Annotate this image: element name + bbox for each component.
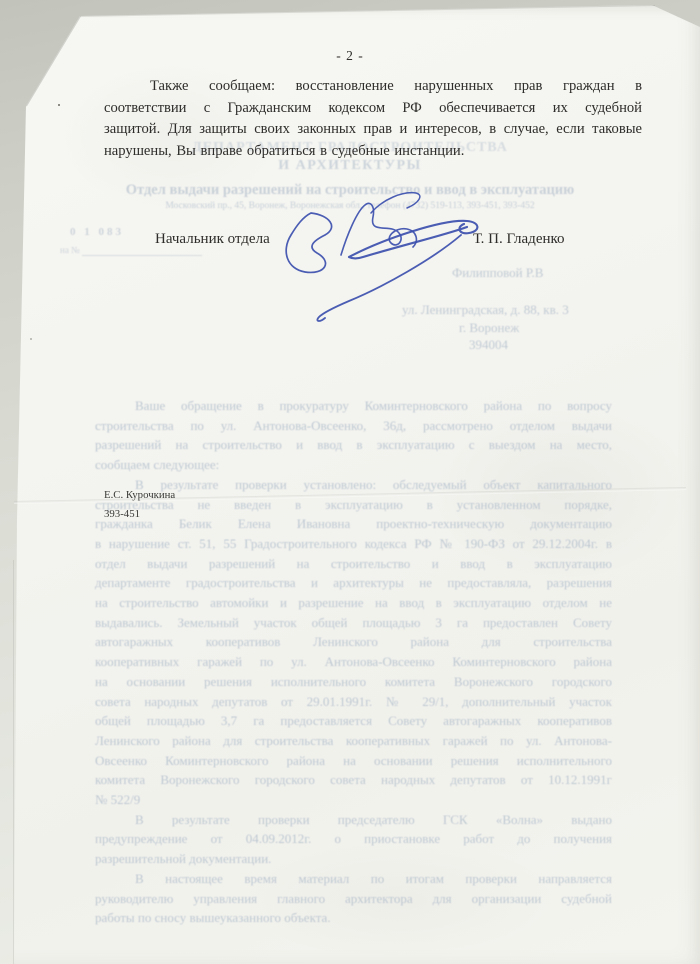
- page-number: - 2 -: [0, 48, 700, 64]
- body-paragraph: Также сообщаем: восстановление нарушенны…: [104, 76, 642, 162]
- printed-content: - 2 - Также сообщаем: восстановление нар…: [0, 0, 700, 964]
- paragraph-line: защитой. Для защиты своих законных прав …: [104, 119, 642, 141]
- scanned-letter-page: { "document": { "page_number": "- 2 -", …: [0, 0, 700, 964]
- paragraph-line: нарушены, Вы вправе обратиться в судебны…: [104, 141, 642, 163]
- executor-name: Е.С. Курочкина: [104, 489, 175, 501]
- signature-ink: [253, 183, 493, 338]
- executor-phone: 393-451: [104, 508, 140, 520]
- paragraph-line: соответствии с Гражданским кодексом РФ о…: [104, 98, 642, 120]
- paragraph-line: Также сообщаем: восстановление нарушенны…: [104, 76, 642, 98]
